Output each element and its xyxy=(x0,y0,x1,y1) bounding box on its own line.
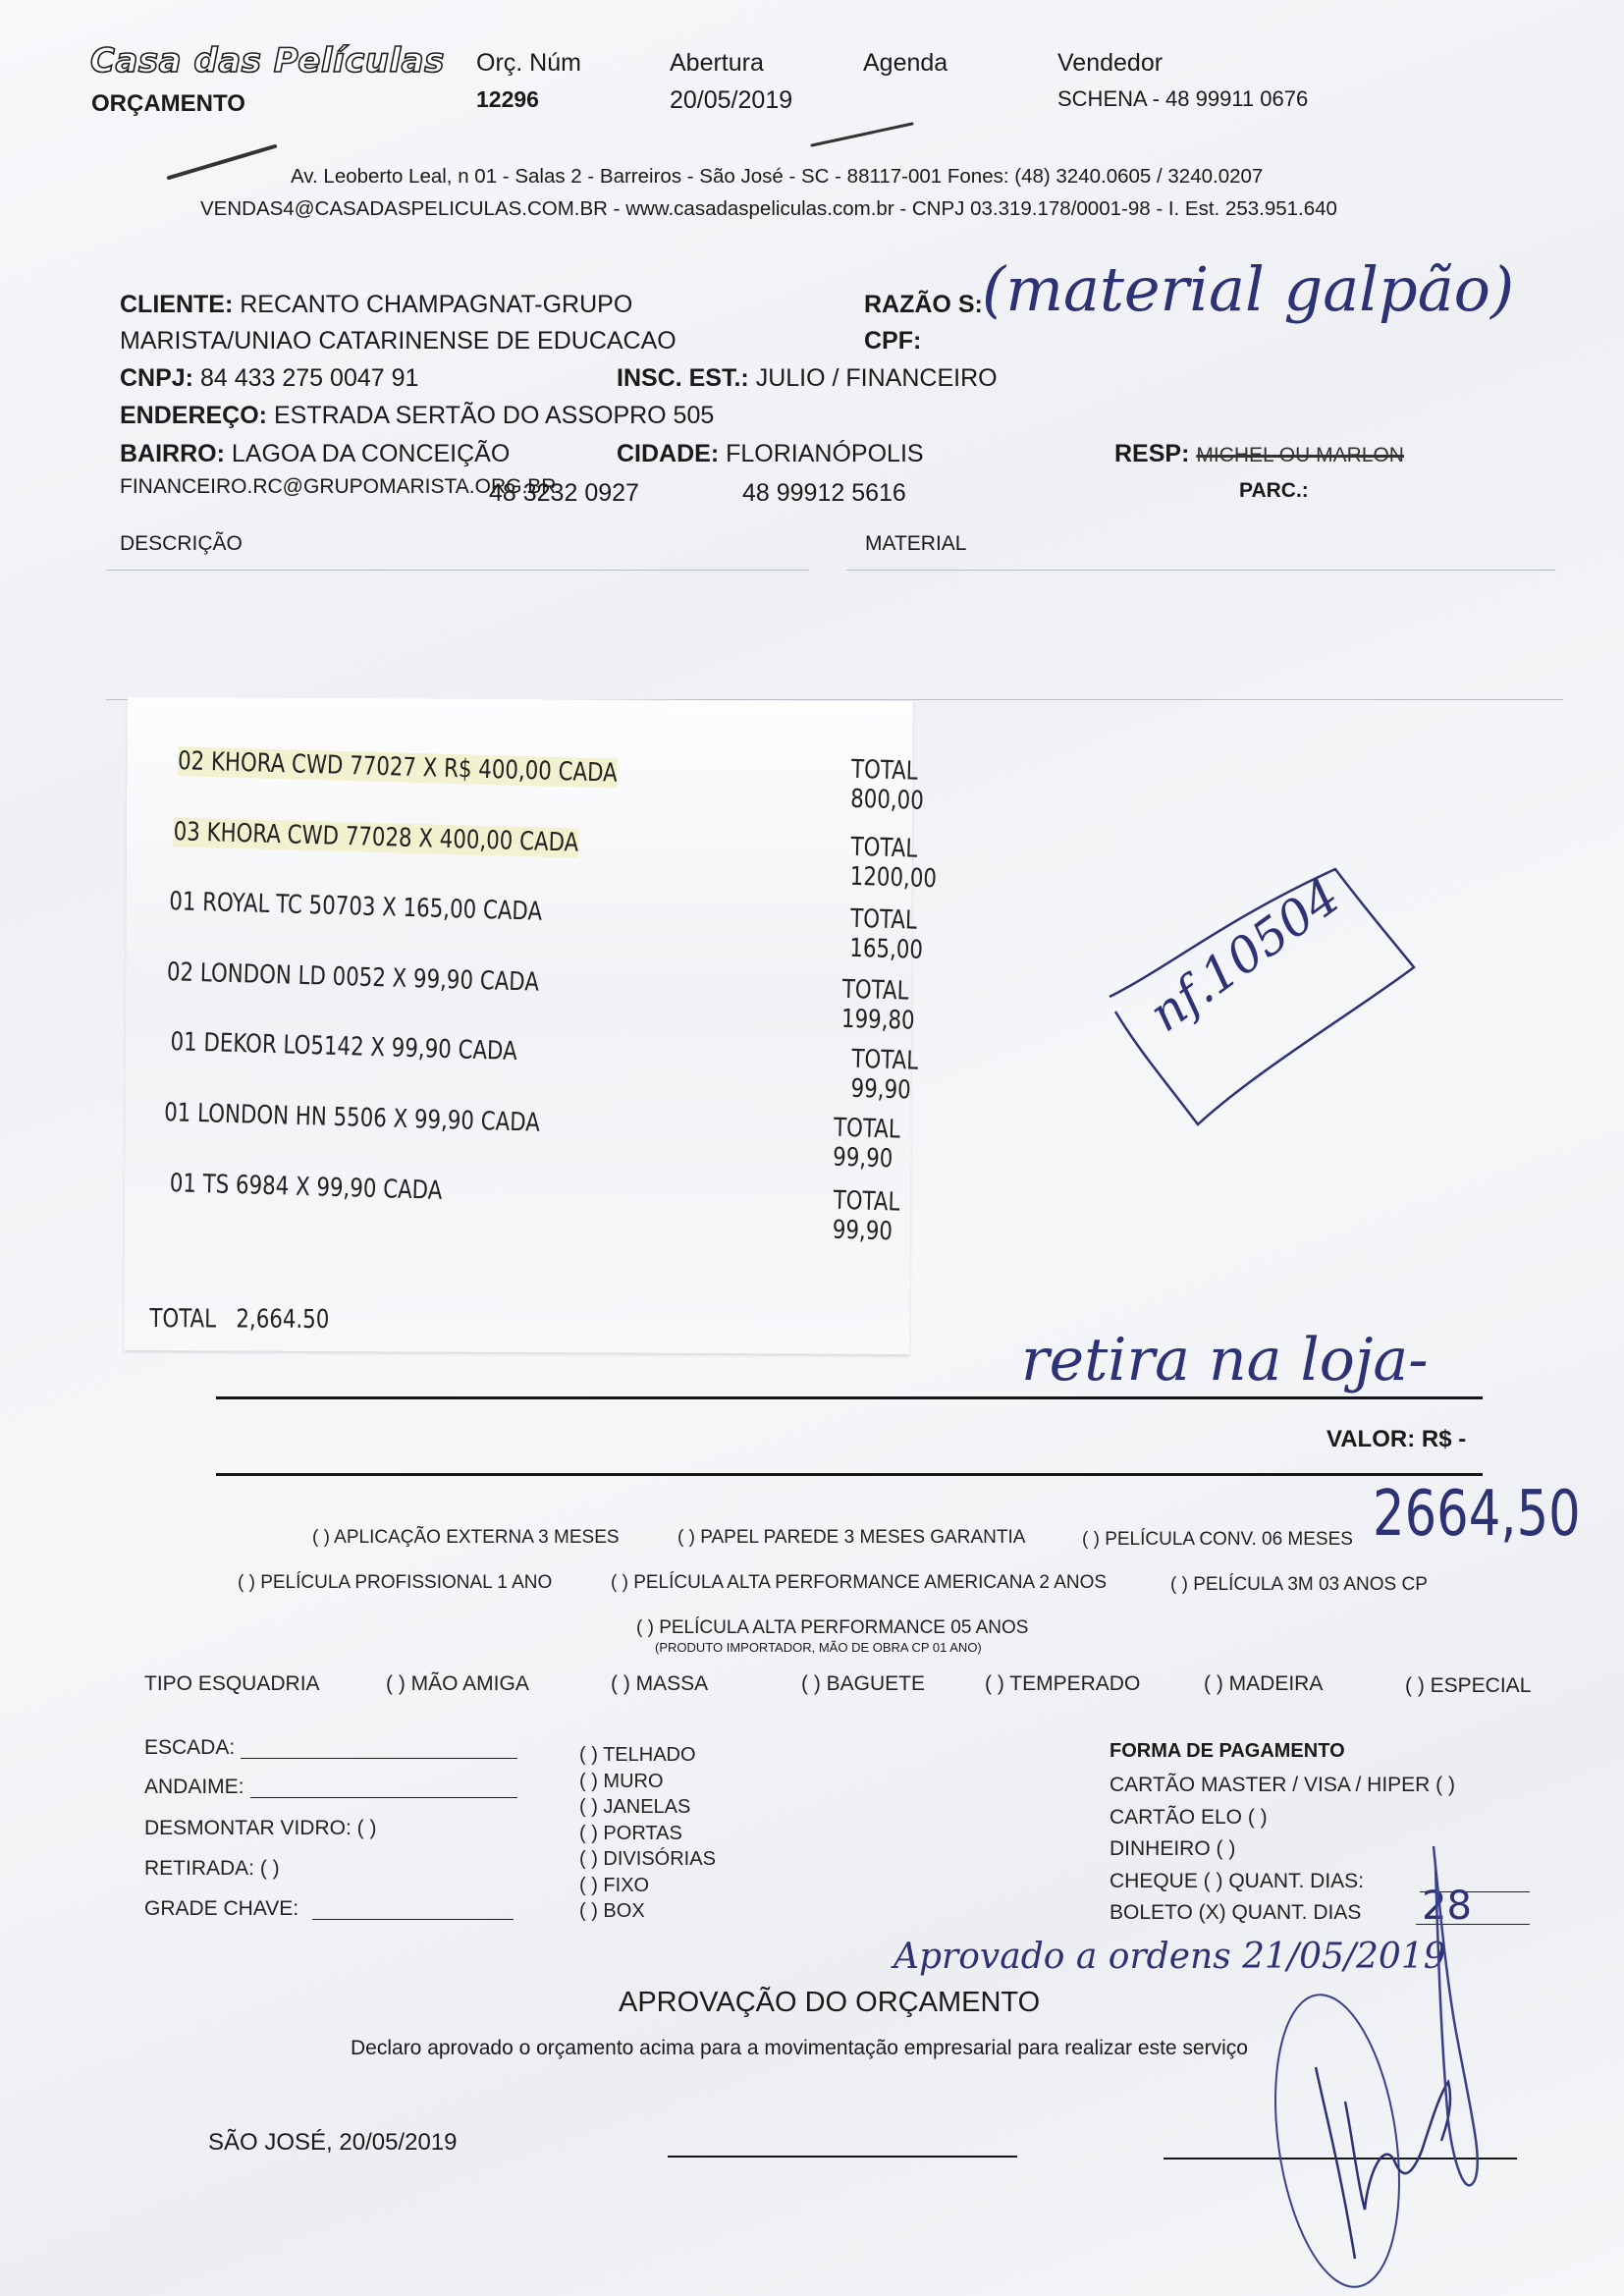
warranty-note: (PRODUTO IMPORTADOR, MÃO DE OBRA CP 01 A… xyxy=(655,1640,982,1655)
items-grand-total: TOTAL 2,664.50 xyxy=(149,1304,329,1335)
esquadria-label: TIPO ESQUADRIA xyxy=(144,1672,320,1696)
client-signature xyxy=(1247,1846,1502,2296)
cnpj-value: 84 433 275 0047 91 xyxy=(200,364,418,392)
location-option[interactable]: ( ) TELHADO xyxy=(579,1744,696,1767)
line-item-description: 01 ROYAL TC 50703 X 165,00 CADA xyxy=(169,887,543,927)
esquadria-option[interactable]: ( ) BAGUETE xyxy=(801,1672,925,1696)
escada-field: ESCADA: xyxy=(144,1736,235,1760)
insc-est-field: INSC. EST.: JULIO / FINANCEIRO xyxy=(617,364,998,393)
line-item-description: 01 LONDON HN 5506 X 99,90 CADA xyxy=(164,1098,540,1138)
esquadria-option[interactable]: ( ) MASSA xyxy=(611,1672,708,1696)
grand-total-label: TOTAL xyxy=(149,1304,216,1334)
pen-stroke-mark xyxy=(810,118,918,152)
divider-line xyxy=(216,1473,1483,1476)
line-item-total: TOTAL 99,90 xyxy=(850,1045,918,1106)
location-option[interactable]: ( ) PORTAS xyxy=(579,1823,682,1845)
warranty-option[interactable]: ( ) PELÍCULA ALTA PERFORMANCE AMERICANA … xyxy=(611,1572,1107,1594)
line-item-total: TOTAL 99,90 xyxy=(833,1114,900,1175)
divider-line xyxy=(216,1396,1483,1399)
vendedor-label: Vendedor xyxy=(1057,49,1163,78)
cliente-value: RECANTO CHAMPAGNAT-GRUPO xyxy=(240,291,632,318)
client-phone-1: 48 3232 0927 xyxy=(489,479,639,508)
orc-num-value: 12296 xyxy=(476,86,539,113)
cliente-label: CLIENTE: xyxy=(120,291,233,318)
document-type: ORÇAMENTO xyxy=(91,90,245,118)
esquadria-option[interactable]: ( ) MADEIRA xyxy=(1204,1672,1323,1696)
descricao-header: DESCRIÇÃO xyxy=(120,532,243,556)
cidade-label: CIDADE: xyxy=(617,440,719,467)
payment-title: FORMA DE PAGAMENTO xyxy=(1110,1740,1345,1763)
valor-label: VALOR: R$ - xyxy=(1326,1426,1466,1453)
company-contact: VENDAS4@CASADASPELICULAS.COM.BR - www.ca… xyxy=(200,197,1337,221)
location-option[interactable]: ( ) DIVISÓRIAS xyxy=(579,1848,716,1871)
approval-declaration: Declaro aprovado o orçamento acima para … xyxy=(351,2037,1248,2060)
warranty-option[interactable]: ( ) PELÍCULA CONV. 06 MESES xyxy=(1082,1529,1353,1551)
divider xyxy=(106,570,809,571)
divider xyxy=(846,570,1555,571)
insc-est-label: INSC. EST.: xyxy=(617,364,749,392)
bairro-value: LAGOA DA CONCEIÇÃO xyxy=(232,440,510,467)
company-logo: Casa das Películas xyxy=(90,41,445,81)
line-item-description: 02 LONDON LD 0052 X 99,90 CADA xyxy=(167,957,540,998)
endereco-field: ENDEREÇO: ESTRADA SERTÃO DO ASSOPRO 505 xyxy=(120,402,714,430)
cnpj-field: CNPJ: 84 433 275 0047 91 xyxy=(120,364,418,393)
warranty-option[interactable]: ( ) PAPEL PAREDE 3 MESES GARANTIA xyxy=(677,1527,1025,1549)
payment-option[interactable]: CARTÃO MASTER / VISA / HIPER ( ) xyxy=(1110,1774,1455,1797)
endereco-label: ENDEREÇO: xyxy=(120,402,267,429)
line-item-total: TOTAL 99,90 xyxy=(832,1186,899,1247)
orc-num-label: Orç. Núm xyxy=(476,49,581,78)
abertura-label: Abertura xyxy=(670,49,764,78)
grade-chave-field: GRADE CHAVE: xyxy=(144,1897,298,1921)
line-item-description: 03 KHORA CWD 77028 X 400,00 CADA xyxy=(173,817,578,858)
endereco-value: ESTRADA SERTÃO DO ASSOPRO 505 xyxy=(274,402,714,429)
company-address: Av. Leoberto Leal, n 01 - Salas 2 - Barr… xyxy=(291,165,1263,189)
razao-social-label: RAZÃO S: xyxy=(864,291,983,319)
place-date: SÃO JOSÉ, 20/05/2019 xyxy=(208,2129,458,2157)
retirada-field[interactable]: RETIRADA: ( ) xyxy=(144,1857,280,1881)
bairro-field: BAIRRO: LAGOA DA CONCEIÇÃO xyxy=(120,440,510,468)
desmontar-vidro-field[interactable]: DESMONTAR VIDRO: ( ) xyxy=(144,1817,376,1840)
insc-est-value: JULIO / FINANCEIRO xyxy=(756,364,998,392)
pen-stroke-mark xyxy=(167,142,285,182)
andaime-field: ANDAIME: xyxy=(144,1776,244,1799)
line-item-description: 01 TS 6984 X 99,90 CADA xyxy=(169,1169,442,1206)
material-header: MATERIAL xyxy=(865,532,966,556)
retira-na-loja-note: retira na loja- xyxy=(1021,1326,1428,1394)
payment-option[interactable]: CARTÃO ELO ( ) xyxy=(1110,1806,1268,1830)
cnpj-label: CNPJ: xyxy=(120,364,193,392)
warranty-option[interactable]: ( ) PELÍCULA ALTA PERFORMANCE 05 ANOS xyxy=(636,1617,1028,1639)
line-item-total: TOTAL 199,80 xyxy=(841,975,916,1036)
line-item-description: 02 KHORA CWD 77027 X R$ 400,00 CADA xyxy=(178,746,618,788)
approval-title: APROVAÇÃO DO ORÇAMENTO xyxy=(619,1987,1040,2019)
cpf-label: CPF: xyxy=(864,327,921,355)
grand-total-value: 2,664.50 xyxy=(236,1304,329,1334)
resp-value-struck: MICHEL OU MARLON xyxy=(1196,444,1404,466)
esquadria-option[interactable]: ( ) ESPECIAL xyxy=(1405,1674,1531,1698)
razao-social-handwritten: (material galpão) xyxy=(982,253,1514,325)
abertura-value: 20/05/2019 xyxy=(670,86,792,115)
location-option[interactable]: ( ) FIXO xyxy=(579,1875,649,1897)
agenda-label: Agenda xyxy=(863,49,947,78)
vendedor-value: SCHENA - 48 99911 0676 xyxy=(1057,86,1308,112)
parc-label: PARC.: xyxy=(1239,479,1309,503)
line-item-description: 01 DEKOR LO5142 X 99,90 CADA xyxy=(170,1027,517,1066)
resp-field: RESP: MICHEL OU MARLON xyxy=(1114,440,1404,468)
location-option[interactable]: ( ) BOX xyxy=(579,1900,645,1923)
client-phone-2: 48 99912 5616 xyxy=(742,479,906,508)
line-item-total: TOTAL 800,00 xyxy=(850,755,925,816)
cidade-field: CIDADE: FLORIANÓPOLIS xyxy=(617,440,924,468)
escada-input-line[interactable] xyxy=(241,1758,517,1759)
warranty-option[interactable]: ( ) PELÍCULA 3M 03 ANOS CP xyxy=(1170,1574,1428,1596)
grade-chave-input-line[interactable] xyxy=(312,1919,514,1920)
cliente-field: CLIENTE: RECANTO CHAMPAGNAT-GRUPO xyxy=(120,291,632,319)
line-item-total: TOTAL 165,00 xyxy=(849,904,924,965)
valor-handwritten: 2664,50 xyxy=(1373,1478,1581,1551)
payment-option[interactable]: DINHEIRO ( ) xyxy=(1110,1837,1235,1861)
cliente-value-line2: MARISTA/UNIAO CATARINENSE DE EDUCACAO xyxy=(120,327,677,355)
warranty-option[interactable]: ( ) APLICAÇÃO EXTERNA 3 MESES xyxy=(312,1527,620,1549)
andaime-input-line[interactable] xyxy=(250,1797,517,1798)
items-sheet: 02 KHORA CWD 77027 X R$ 400,00 CADATOTAL… xyxy=(124,697,912,1354)
bairro-label: BAIRRO: xyxy=(120,440,225,467)
cidade-value: FLORIANÓPOLIS xyxy=(726,440,923,467)
location-option[interactable]: ( ) MURO xyxy=(579,1771,664,1793)
esquadria-option[interactable]: ( ) MÃO AMIGA xyxy=(386,1672,529,1696)
esquadria-option[interactable]: ( ) TEMPERADO xyxy=(985,1672,1140,1696)
location-option[interactable]: ( ) JANELAS xyxy=(579,1796,690,1819)
resp-label: RESP: xyxy=(1114,440,1189,467)
warranty-option[interactable]: ( ) PELÍCULA PROFISSIONAL 1 ANO xyxy=(238,1572,552,1594)
signature-line-company[interactable] xyxy=(668,2156,1017,2158)
line-item-total: TOTAL 1200,00 xyxy=(849,833,938,894)
